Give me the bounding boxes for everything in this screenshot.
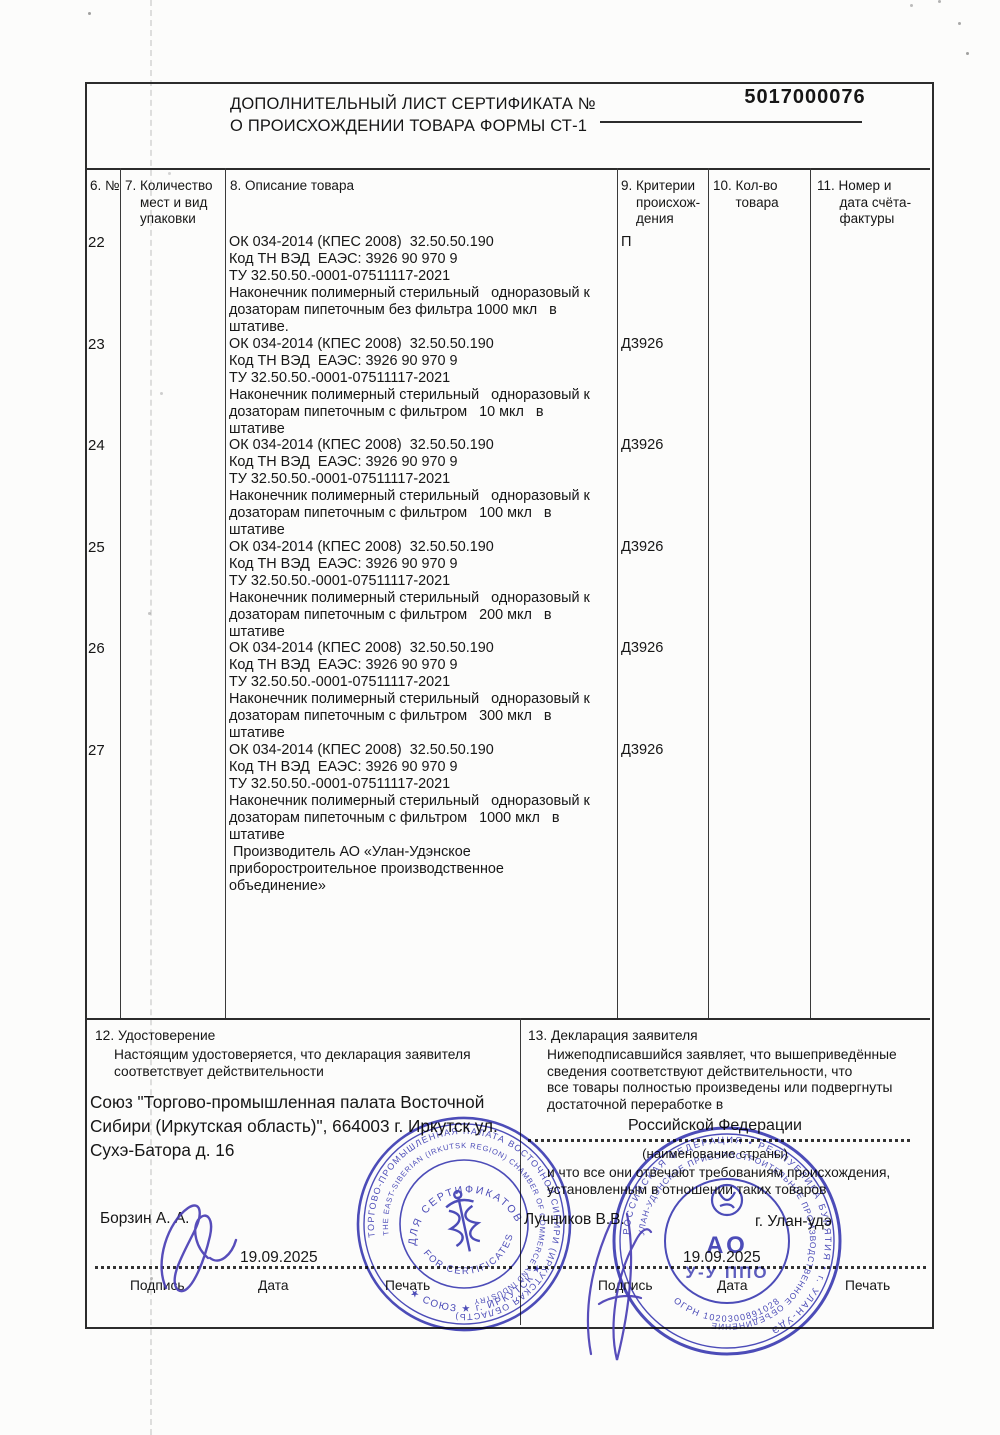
row-criteria: Д3926 <box>621 336 707 352</box>
uu-ppo-logo-icon <box>712 1185 742 1215</box>
row-criteria: Д3926 <box>621 640 707 656</box>
right-signature-ink <box>575 1208 675 1368</box>
row-description: ОК 034-2014 (КПЕС 2008) 32.50.50.190 Код… <box>229 336 617 438</box>
scan-speckles <box>88 12 91 15</box>
scanned-certificate-page: ДОПОЛНИТЕЛЬНЫЙ ЛИСТ СЕРТИФИКАТА № О ПРОИ… <box>0 0 1000 1435</box>
certificate-number: 5017000076 <box>700 86 910 109</box>
row-criteria: П <box>621 234 707 250</box>
section13-label-stamp: Печать <box>845 1278 890 1293</box>
row-number: 22 <box>88 234 120 251</box>
table-col-line-3 <box>617 168 618 1018</box>
document-title-line2: О ПРОИСХОЖДЕНИИ ТОВАРА ФОРМЫ СТ-1 <box>230 117 587 136</box>
row-description: ОК 034-2014 (КПЕС 2008) 32.50.50.190 Код… <box>229 234 617 336</box>
document-title-line1: ДОПОЛНИТЕЛЬНЫЙ ЛИСТ СЕРТИФИКАТА № <box>230 95 596 114</box>
row-number: 23 <box>88 336 120 353</box>
table-header-col11: 11. Номер и дата счёта- фактуры <box>817 178 911 228</box>
row-criteria: Д3926 <box>621 742 707 758</box>
table-header-col7: 7. Количество мест и вид упаковки <box>125 178 213 228</box>
table-col-line-5 <box>810 168 811 1018</box>
chamber-of-commerce-stamp: ТОРГОВО-ПРОМЫШЛЕННАЯ ПАЛАТА ВОСТОЧНОЙ СИ… <box>331 1091 597 1357</box>
certificate-number-underline <box>600 121 862 123</box>
table-col-line-1 <box>120 168 121 1018</box>
table-col-line-4 <box>708 168 709 1018</box>
left-signature-ink <box>152 1200 282 1300</box>
table-header-col8: 8. Описание товара <box>230 178 354 195</box>
section13-body: Нижеподписавшийся заявляет, что вышеприв… <box>547 1047 897 1113</box>
row-criteria: Д3926 <box>621 539 707 555</box>
row-number: 25 <box>88 539 120 556</box>
section12-body: Настоящим удостоверяется, что декларация… <box>114 1047 471 1080</box>
row-number: 27 <box>88 742 120 759</box>
row-description: ОК 034-2014 (КПЕС 2008) 32.50.50.190 Код… <box>229 640 617 742</box>
section13-heading: 13. Декларация заявителя <box>528 1028 698 1043</box>
section12-heading: 12. Удостоверение <box>95 1028 215 1043</box>
section13-date: 19.09.2025 <box>683 1249 761 1267</box>
table-header-col6: 6. № <box>90 178 120 195</box>
table-col-line-2 <box>225 168 226 1018</box>
row-description: ОК 034-2014 (КПЕС 2008) 32.50.50.190 Код… <box>229 742 617 895</box>
row-number: 24 <box>88 437 120 454</box>
row-criteria: Д3926 <box>621 437 707 453</box>
row-description: ОК 034-2014 (КПЕС 2008) 32.50.50.190 Код… <box>229 539 617 641</box>
table-header-col10: 10. Кол-во товара <box>713 178 779 211</box>
table-bottom-line <box>85 1018 930 1020</box>
row-description: ОК 034-2014 (КПЕС 2008) 32.50.50.190 Код… <box>229 437 617 539</box>
row-number: 26 <box>88 640 120 657</box>
table-header-col9: 9. Критерии происхож- дения <box>621 178 700 228</box>
table-top-line <box>85 168 930 170</box>
